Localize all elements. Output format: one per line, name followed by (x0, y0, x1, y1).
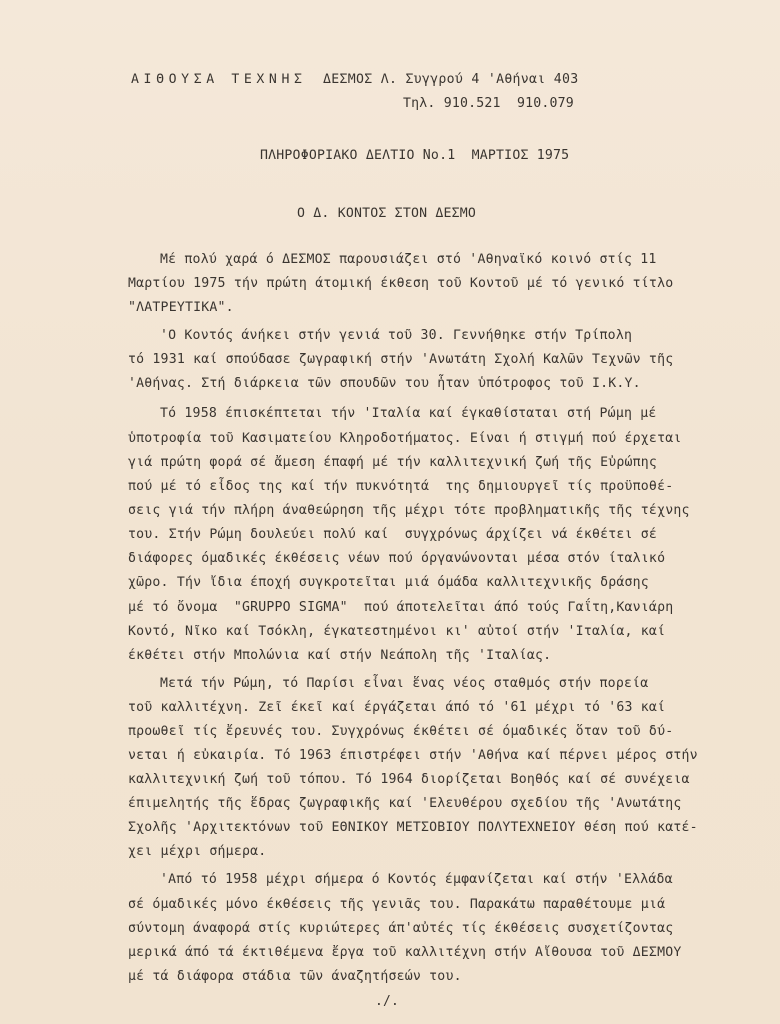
paragraph-4-line: Μετά τήν Ρώμη, τό Παρίσι εἶναι ἕνας νέος… (160, 676, 648, 691)
document-page: ΑΙΘΟΥΣΑ ΤΕΧΝΗΣ ΔΕΣΜΟΣ Λ. Συγγρού 4 'Αθήν… (0, 0, 780, 1024)
paragraph-3-line: πού μέ τό εἶδος της καί τήν πυκνότητά τη… (128, 479, 673, 494)
letterhead-address: ΔΕΣΜΟΣ Λ. Συγγρού 4 'Αθήναι 403 (323, 72, 578, 87)
paragraph-5-line: σέ όμαδικές μόνο έκθέσεις τῆς γενιᾶς του… (128, 897, 665, 912)
gallery-name: ΑΙΘΟΥΣΑ ΤΕΧΝΗΣ (131, 72, 307, 87)
paragraph-5-line: 'Από τό 1958 μέχρι σήμερα ό Κοντός έμφαν… (160, 872, 673, 887)
paragraph-3-line: του. Στήν Ρώμη δουλεύει πολύ καί συγχρόν… (128, 527, 657, 542)
paragraph-3-line: μέ τό ὄνομα "GRUPPO SIGMA" πού άποτελεῖτ… (128, 600, 673, 615)
paragraph-5-line: σύντομη άναφορά στίς κυριώτερες άπ'αὐτές… (128, 921, 673, 936)
paragraph-3-line: σεις γιά τήν πλήρη άναθεώρηση τῆς μέχρι … (128, 503, 690, 518)
paragraph-2-line: 'Αθήνας. Στή διάρκεια τῶν σπουδῶν του ἦτ… (128, 376, 641, 391)
paragraph-3-line: έκθέτει στήν Μπολώνια καί στήν Νεάπολη τ… (128, 648, 551, 663)
paragraph-1-line: Μαρτίου 1975 τήν πρώτη άτομική έκθεση το… (128, 276, 673, 291)
paragraph-2-line: τό 1931 καί σπούδασε ζωγραφική στήν 'Ανω… (128, 352, 673, 367)
paragraph-3-line: χῶρο. Τήν ἴδια έποχή συγκροτεῖται μιά όμ… (128, 575, 649, 590)
paragraph-4-line: προωθεῖ τίς ἔρευνές του. Συγχρόνως έκθέτ… (128, 724, 673, 739)
paragraph-4-line: νεται ή εὐκαιρία. Τό 1963 έπιστρέφει στή… (128, 748, 698, 763)
paragraph-4-line: καλλιτεχνική ζωή τοῦ τόπου. Τό 1964 διορ… (128, 772, 690, 787)
letterhead-phones: Τηλ. 910.521 910.079 (403, 96, 574, 111)
bulletin-heading: ΠΛΗΡΟΦΟΡΙΑΚΟ ΔΕΛΤΙΟ No.1 ΜΑΡΤΙΟΣ 1975 (260, 148, 569, 163)
paragraph-4-line: χει μέχρι σήμερα. (128, 844, 266, 859)
document-title: Ο Δ. ΚΟΝΤΟΣ ΣΤΟΝ ΔΕΣΜΟ (297, 206, 476, 221)
paragraph-2-line: 'Ο Κοντός άνήκει στήν γενιά τοῦ 30. Γενν… (160, 328, 632, 343)
paragraph-3-line: Κοντό, Νῖκο καί Τσόκλη, έγκατεστημένοι κ… (128, 624, 665, 639)
paragraph-3-line: Τό 1958 έπισκέπτεται τήν 'Ιταλία καί έγκ… (160, 406, 657, 421)
continuation-mark: ./. (375, 994, 399, 1009)
letterhead-line-1: ΑΙΘΟΥΣΑ ΤΕΧΝΗΣ ΔΕΣΜΟΣ Λ. Συγγρού 4 'Αθήν… (131, 72, 578, 87)
paragraph-5-line: μέ τά διάφορα στάδια τῶν άναζητήσεών του… (128, 969, 462, 984)
paragraph-4-line: Σχολῆς 'Αρχιτεκτόνων τοῦ ΕΘΝΙΚΟΥ ΜΕΤΣΟΒΙ… (128, 820, 698, 835)
paragraph-3-line: γιά πρώτη φορά σέ ἄμεση έπαφή μέ τήν καλ… (128, 455, 657, 470)
paragraph-5-line: μερικά άπό τά έκτιθέμενα ἔργα τοῦ καλλιτ… (128, 945, 682, 960)
paragraph-4-line: έπιμελητής τῆς ἕδρας ζωγραφικῆς καί 'Ελε… (128, 796, 682, 811)
paragraph-3-line: ὑποτροφία τοῦ Κασιματείου Κληροδοτήματος… (128, 431, 682, 446)
paragraph-1-line: "ΛΑΤΡΕΥΤΙΚΑ". (128, 300, 234, 315)
paragraph-4-line: τοῦ καλλιτέχνη. Ζεῖ έκεῖ καί έργάζεται ά… (128, 700, 665, 715)
paragraph-1-line: Μέ πολύ χαρά ό ΔΕΣΜΟΣ παρουσιάζει στό 'Α… (160, 252, 657, 267)
paragraph-3-line: διάφορες όμαδικές έκθέσεις νέων πού όργα… (128, 551, 665, 566)
